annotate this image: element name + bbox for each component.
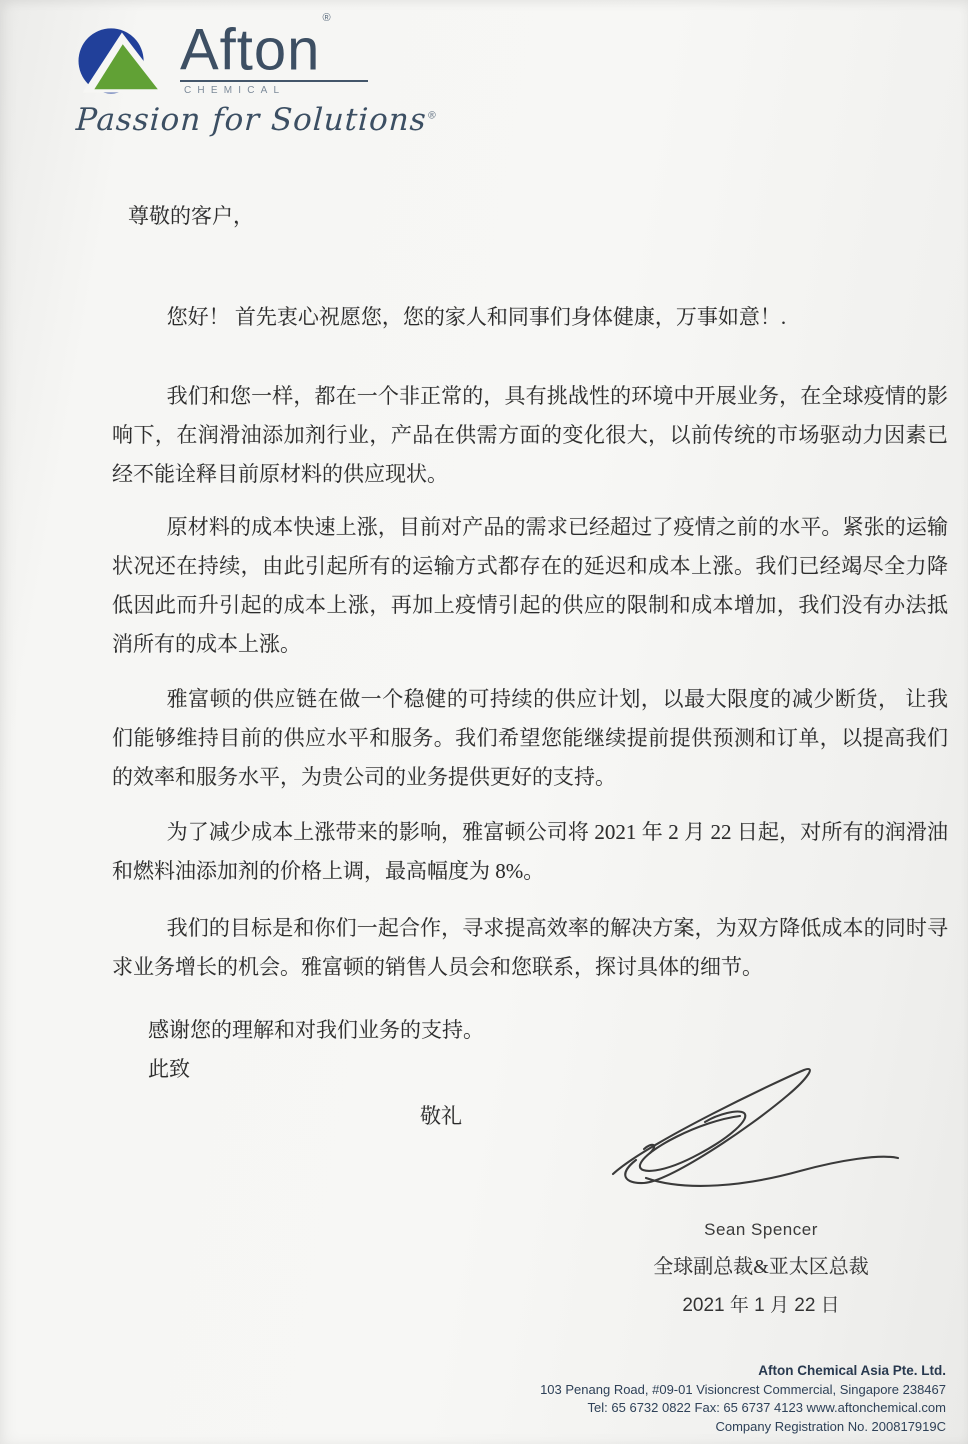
brand-tagline: Passion for Solutions® bbox=[75, 102, 439, 138]
signer-title: 全球副总裁&亚太区总裁 bbox=[596, 1254, 926, 1280]
signer-name: Sean Spencer bbox=[596, 1218, 926, 1242]
paragraph-context: 我们和您一样，都在一个非正常的，具有挑战性的环境中开展业务，在全球疫情的影响下，… bbox=[112, 377, 948, 494]
mountain-logo-icon bbox=[76, 18, 172, 98]
footer-company: Afton Chemical Asia Pte. Ltd. bbox=[540, 1362, 946, 1381]
scanned-letter-page: Afton® CHEMICAL Passion for Solutions® 尊… bbox=[0, 0, 968, 1444]
signer-block: Sean Spencer 全球副总裁&亚太区总裁 2021 年 1 月 22 日 bbox=[596, 1218, 926, 1319]
tagline-text: Passion for Solutions bbox=[75, 102, 428, 138]
footer-address: 103 Penang Road, #09-01 Visioncrest Comm… bbox=[540, 1381, 946, 1400]
letter-date: 2021 年 1 月 22 日 bbox=[596, 1293, 926, 1319]
footer-registration: Company Registration No. 200817919C bbox=[540, 1418, 946, 1437]
thanks-line: 感谢您的理解和对我们业务的支持。 bbox=[148, 1011, 948, 1050]
brand-text: Afton bbox=[180, 17, 320, 82]
footer-contact: Tel: 65 6732 0822 Fax: 65 6737 4123 www.… bbox=[540, 1399, 946, 1418]
letter-body: 尊敬的客户， 您好！ 首先衷心祝愿您，您的家人和同事们身体健康，万事如意！. 我… bbox=[112, 197, 948, 1089]
tagline-registered-mark: ® bbox=[427, 111, 439, 122]
registered-mark: ® bbox=[322, 12, 331, 24]
paragraph-costs: 原材料的成本快速上涨，目前对产品的需求已经超过了疫情之前的水平。紧张的运输状况还… bbox=[112, 508, 948, 664]
division-text: CHEMICAL bbox=[180, 85, 368, 96]
paragraph-supply-chain: 雅富顿的供应链在做一个稳健的可持续的供应计划，以最大限度的减少断货， 让我们能够… bbox=[112, 680, 948, 797]
closing-salute: 敬礼 bbox=[420, 1100, 462, 1130]
brand-wordmark: Afton® bbox=[180, 18, 368, 78]
paragraph-cooperation: 我们的目标是和你们一起合作，寻求提高效率的解决方案，为双方降低成本的同时寻求业务… bbox=[112, 909, 948, 987]
salutation: 尊敬的客户， bbox=[128, 197, 948, 236]
afton-logo: Afton® CHEMICAL Passion for Solutions® bbox=[76, 18, 438, 138]
paragraph-greeting: 您好！ 首先衷心祝愿您，您的家人和同事们身体健康，万事如意！. bbox=[112, 298, 948, 337]
paragraph-price-increase: 为了减少成本上涨带来的影响，雅富顿公司将 2021 年 2 月 22 日起，对所… bbox=[112, 813, 948, 891]
company-footer: Afton Chemical Asia Pte. Ltd. 103 Penang… bbox=[540, 1362, 946, 1436]
signature-image bbox=[588, 1062, 938, 1197]
